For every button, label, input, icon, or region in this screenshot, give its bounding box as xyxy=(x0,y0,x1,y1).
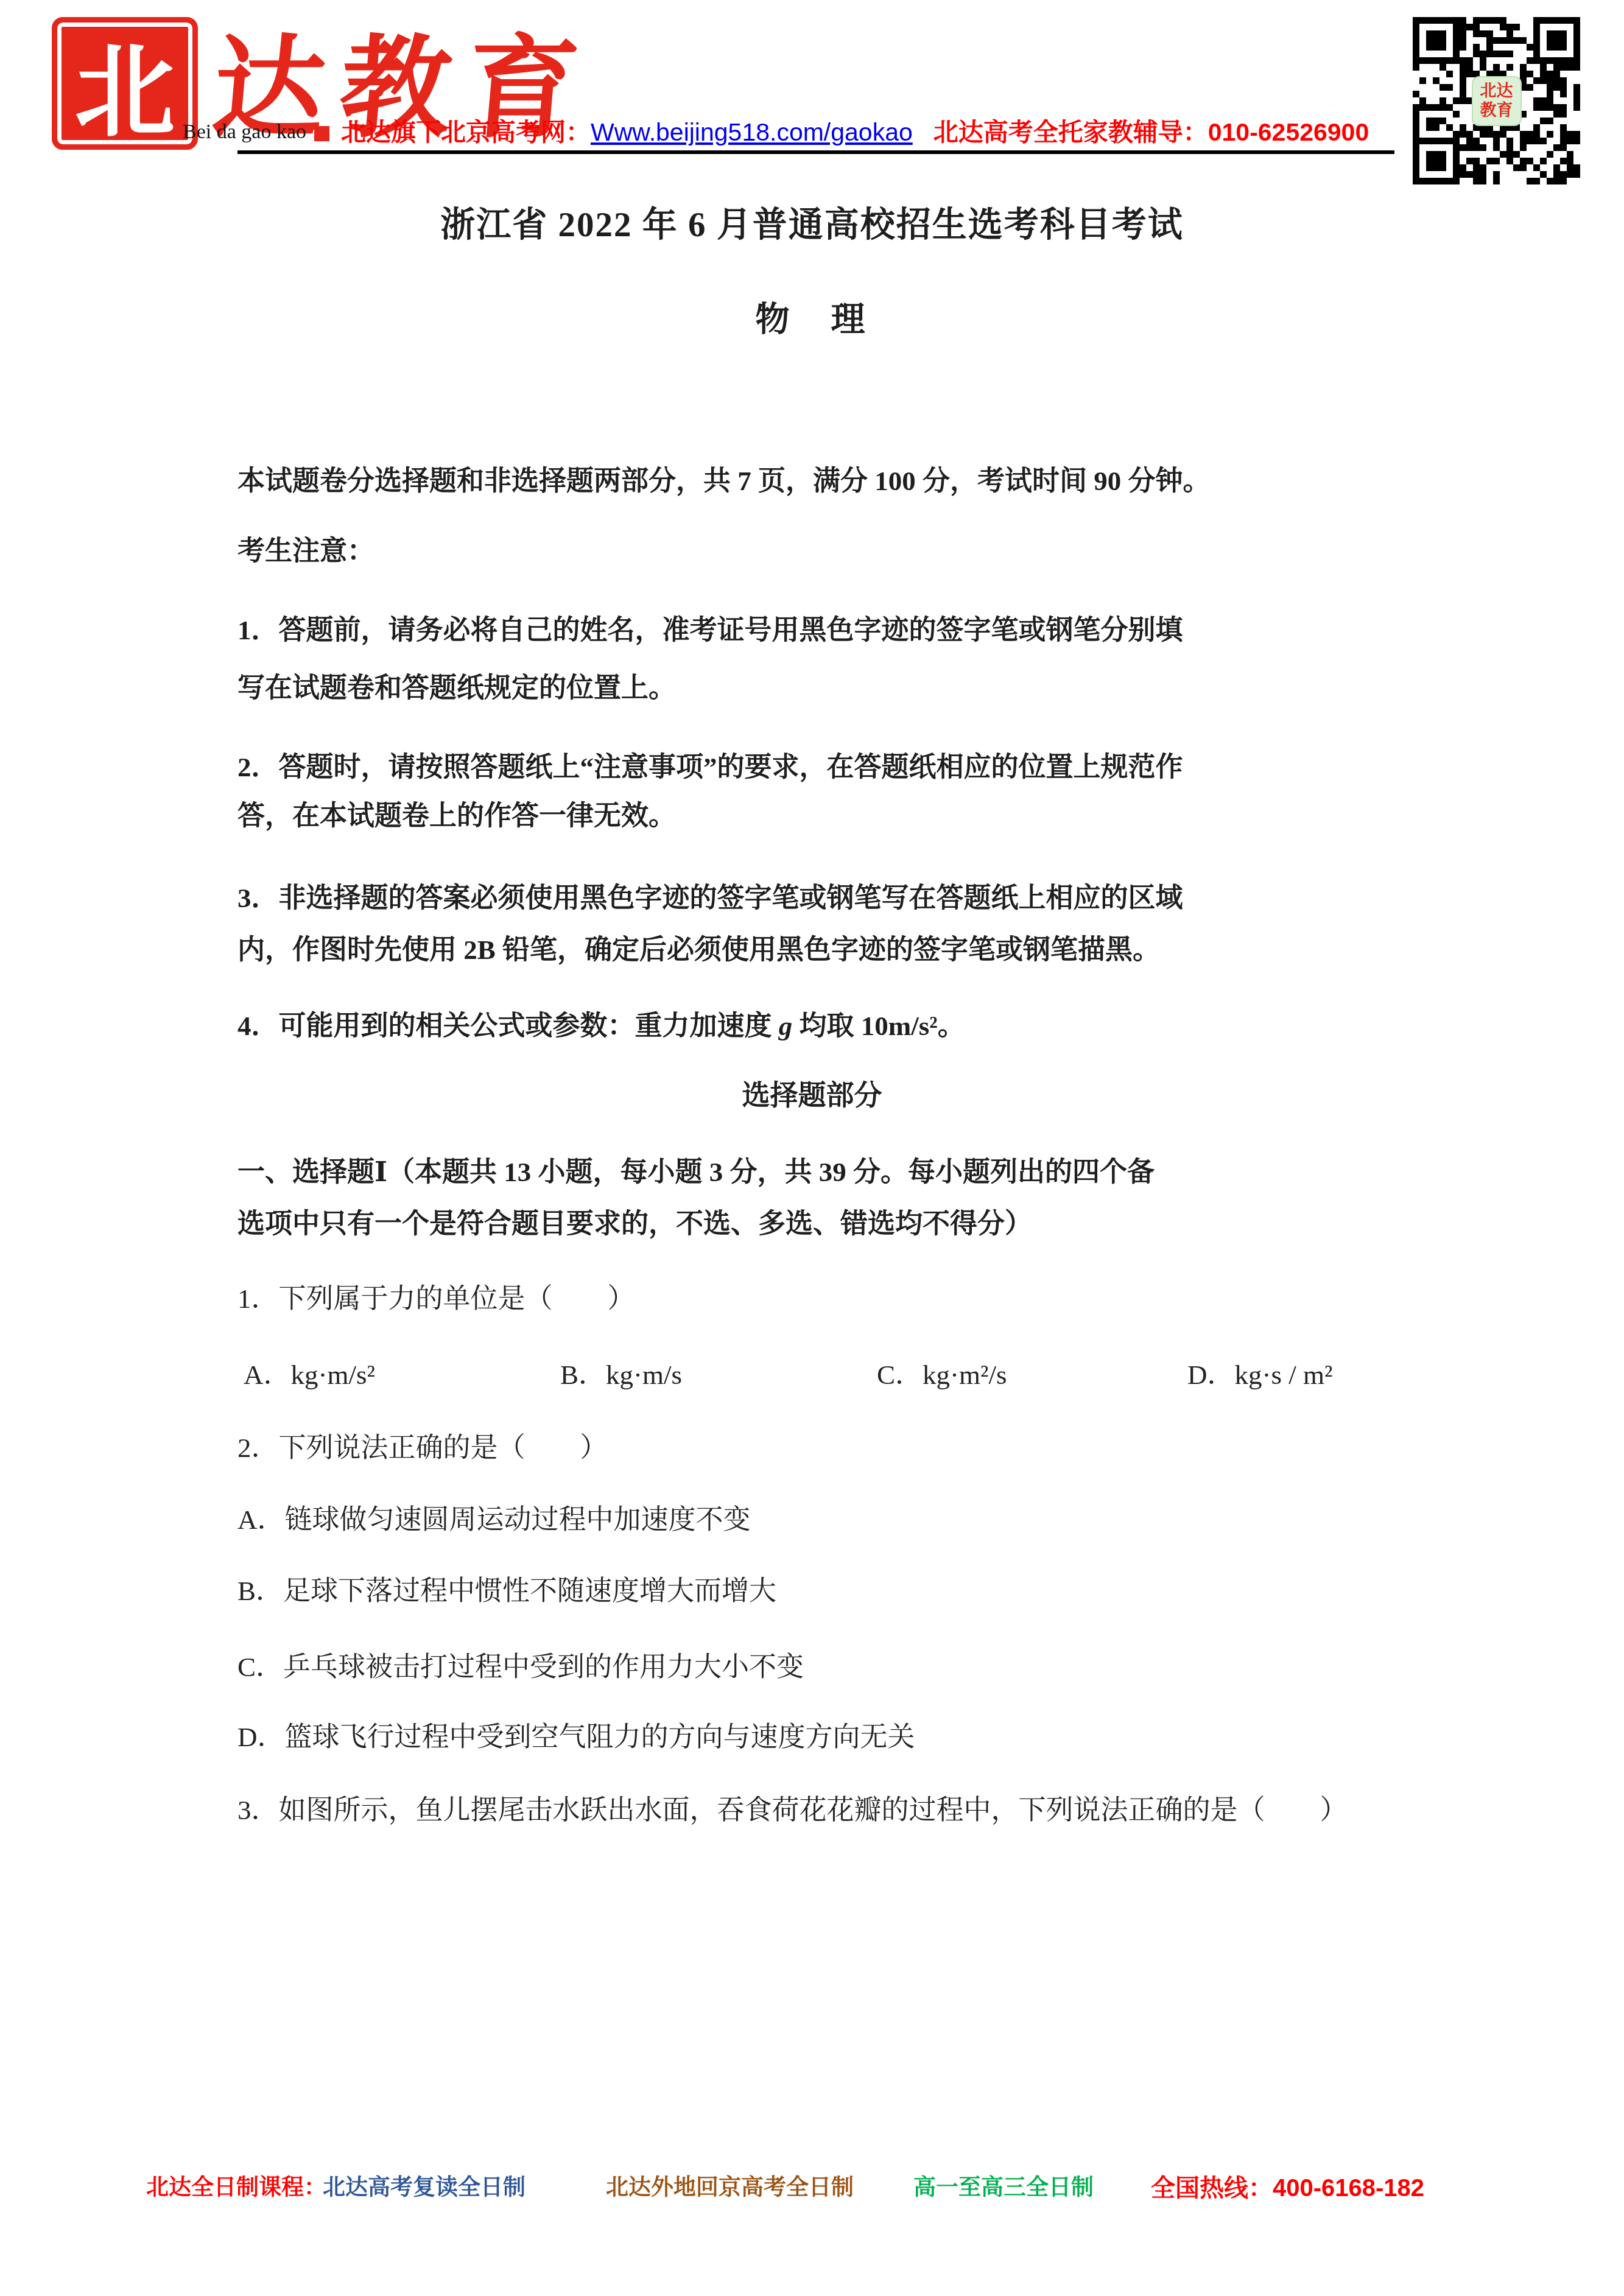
qr-badge-line2: 教育 xyxy=(1480,101,1513,120)
red-square-bullet-icon xyxy=(314,126,329,141)
seal-character: 北 xyxy=(62,27,188,140)
mc-instructions-line-2: 选项中只有一个是符合题目要求的，不选、多选、错选均不得分） xyxy=(237,1207,1032,1241)
tutoring-label: 北达高考全托家教辅导： xyxy=(933,118,1208,146)
footer-hotline: 全国热线：400-6168-182 xyxy=(1151,2169,1424,2203)
footer-label: 北达全日制课程： xyxy=(146,2169,326,2202)
logo-subtitle: Bei da gao kao xyxy=(183,121,306,144)
question-2-option-d: D．篮球飞行过程中受到空气阻力的方向与速度方向无关 xyxy=(237,1720,915,1754)
gaokao-site-link[interactable]: Www.beijing518.com/gaokao xyxy=(591,118,913,146)
question-1-option-b: B．kg·m/s xyxy=(560,1358,682,1392)
beida-logo-seal: 北 xyxy=(52,17,198,150)
question-3-text: 3．如图所示，鱼儿摆尾击水跃出水面，吞食荷花花瓣的过程中，下列说法正确的是（ ） xyxy=(237,1793,1348,1827)
notice-item-2-line-1: 2．答题时，请按照答题纸上“注意事项”的要求，在答题纸相应的位置上规范作 xyxy=(237,750,1183,784)
gravity-symbol: g xyxy=(779,1011,793,1041)
mc-instructions-line-1: 一、选择题Ⅰ（本题共 13 小题，每小题 3 分，共 39 分。每小题列出的四个… xyxy=(237,1155,1155,1189)
header-divider-line xyxy=(237,150,1394,154)
qr-code-image: 北达 教育 xyxy=(1413,17,1580,184)
notice-item-1-line-1: 1．答题前，请务必将自己的姓名，准考证号用黑色字迹的签字笔或钢笔分别填 xyxy=(237,613,1183,647)
notice-item-1-line-2: 写在试题卷和答题纸规定的位置上。 xyxy=(237,671,676,705)
header-links: 北达旗下北京高考网：Www.beijing518.com/gaokao北达高考全… xyxy=(341,112,1369,148)
question-2-option-c: C．乒乓球被击打过程中受到的作用力大小不变 xyxy=(237,1650,804,1684)
question-1-option-d: D．kg·s / m² xyxy=(1187,1358,1333,1392)
notice-item-4-suffix: 均取 10m/s²。 xyxy=(792,1011,965,1041)
question-2-text: 2．下列说法正确的是（ ） xyxy=(237,1431,608,1465)
footer-item-fulltime-repeat: 北达高考复读全日制 xyxy=(323,2169,526,2202)
tutoring-phone: 010-62526900 xyxy=(1208,118,1369,146)
notice-item-2-line-2: 答，在本试题卷上的作答一律无效。 xyxy=(237,799,676,833)
footer-item-return-beijing: 北达外地回京高考全日制 xyxy=(606,2169,854,2202)
notice-item-4: 4．可能用到的相关公式或参数：重力加速度 g 均取 10m/s²。 xyxy=(237,1009,965,1043)
site-label: 北达旗下北京高考网： xyxy=(341,118,591,146)
question-1-option-a: A．kg·m/s² xyxy=(244,1358,375,1392)
question-1-text: 1．下列属于力的单位是（ ） xyxy=(237,1282,635,1316)
notice-intro: 本试题卷分选择题和非选择题两部分，共 7 页，满分 100 分，考试时间 90 … xyxy=(237,464,1211,498)
question-2-option-b: B．足球下落过程中惯性不随速度增大而增大 xyxy=(237,1574,776,1608)
notice-attention: 考生注意： xyxy=(237,534,374,568)
section-heading: 选择题部分 xyxy=(0,1078,1624,1113)
question-2-option-a: A．链球做匀速圆周运动过程中加速度不变 xyxy=(237,1503,751,1537)
qr-badge-line1: 北达 xyxy=(1480,82,1513,100)
exam-paper-page: 北 达教育 Bei da gao kao 北达旗下北京高考网：Www.beiji… xyxy=(0,0,1624,2296)
qr-center-badge: 北达 教育 xyxy=(1472,76,1522,126)
subject-title: 物 理 xyxy=(0,298,1624,341)
question-1-option-c: C．kg·m²/s xyxy=(877,1358,1007,1392)
footer-item-grade1-3: 高一至高三全日制 xyxy=(913,2169,1094,2202)
notice-item-3-line-2: 内，作图时先使用 2B 铅笔，确定后必须使用黑色字迹的签字笔或钢笔描黑。 xyxy=(237,933,1160,967)
notice-item-3-line-1: 3．非选择题的答案必须使用黑色字迹的签字笔或钢笔写在答题纸上相应的区域 xyxy=(237,881,1183,915)
notice-item-4-prefix: 4．可能用到的相关公式或参数：重力加速度 xyxy=(237,1011,779,1041)
exam-title: 浙江省 2022 年 6 月普通高校招生选考科目考试 xyxy=(0,203,1624,247)
